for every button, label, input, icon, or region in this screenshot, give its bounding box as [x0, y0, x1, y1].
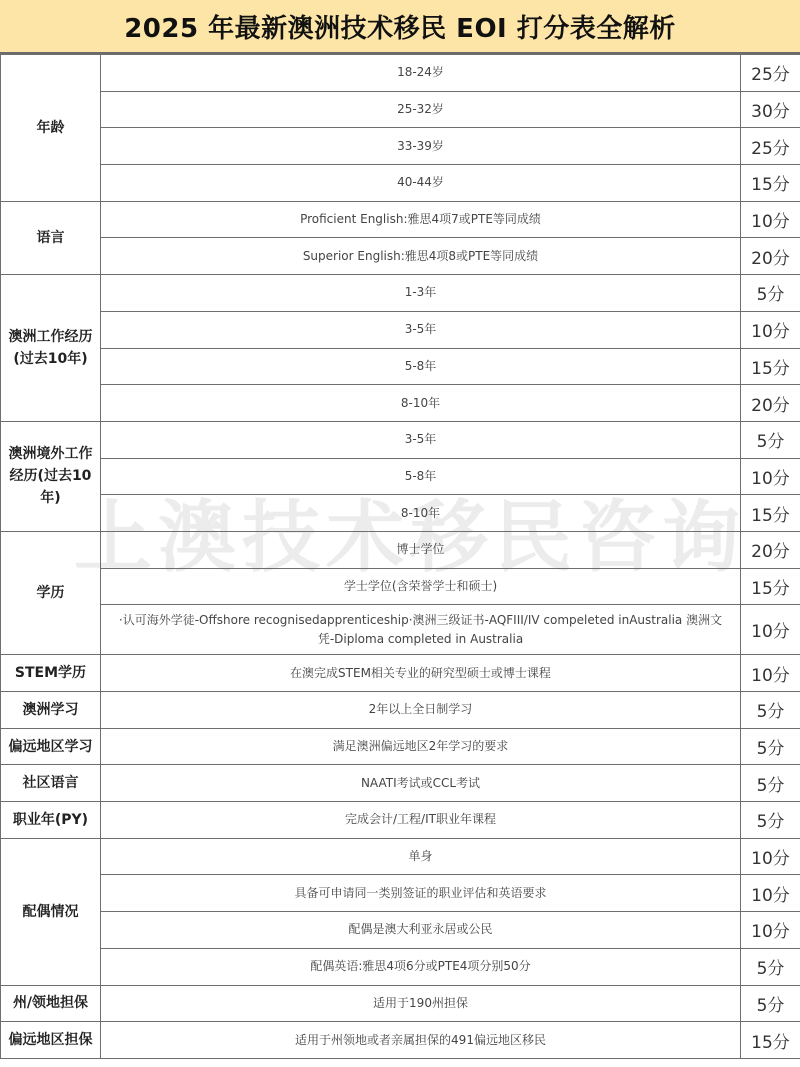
points: 10分 [741, 201, 800, 238]
table-row: 学士学位(含荣誉学士和硕士) 15分 [1, 568, 800, 605]
points: 10分 [741, 311, 800, 348]
points: 20分 [741, 238, 800, 275]
points: 10分 [741, 838, 800, 875]
table-row: 偏远地区担保 适用于州领地或者亲属担保的491偏远地区移民 15分 [1, 1022, 800, 1059]
category-education: 学历 [1, 531, 101, 654]
criterion: 单身 [101, 838, 741, 875]
points: 5分 [741, 948, 800, 985]
points: 5分 [741, 692, 800, 729]
category-professional-year: 职业年(PY) [1, 802, 101, 839]
criterion: 博士学位 [101, 531, 741, 568]
points: 15分 [741, 348, 800, 385]
table-row: 州/领地担保 适用于190州担保 5分 [1, 985, 800, 1022]
points: 10分 [741, 605, 800, 655]
category-stem: STEM学历 [1, 655, 101, 692]
title-bar: 2025 年最新澳洲技术移民 EOI 打分表全解析 [0, 0, 800, 54]
points: 10分 [741, 458, 800, 495]
table-row: 40-44岁 15分 [1, 165, 800, 202]
category-state-nomination: 州/领地担保 [1, 985, 101, 1022]
criterion: 1-3年 [101, 275, 741, 312]
category-community-language: 社区语言 [1, 765, 101, 802]
criterion: 配偶英语:雅思4项6分或PTE4项分别50分 [101, 948, 741, 985]
table-row: 具备可申请同一类别签证的职业评估和英语要求 10分 [1, 875, 800, 912]
category-au-work-experience: 澳洲工作经历(过去10年) [1, 275, 101, 422]
criterion: 满足澳洲偏远地区2年学习的要求 [101, 728, 741, 765]
table-row: 社区语言 NAATI考试或CCL考试 5分 [1, 765, 800, 802]
points: 10分 [741, 912, 800, 949]
points: 5分 [741, 985, 800, 1022]
table-row: 25-32岁 30分 [1, 91, 800, 128]
points: 15分 [741, 495, 800, 532]
criterion: 8-10年 [101, 495, 741, 532]
category-au-study: 澳洲学习 [1, 692, 101, 729]
category-regional-study: 偏远地区学习 [1, 728, 101, 765]
points: 5分 [741, 765, 800, 802]
points: 20分 [741, 531, 800, 568]
table-row: 职业年(PY) 完成会计/工程/IT职业年课程 5分 [1, 802, 800, 839]
table-row: 5-8年 10分 [1, 458, 800, 495]
table-row: 澳洲境外工作经历(过去10年) 3-5年 5分 [1, 421, 800, 458]
criterion: Proficient English:雅思4项7或PTE等同成绩 [101, 201, 741, 238]
category-language: 语言 [1, 201, 101, 274]
table-row: 学历 博士学位 20分 [1, 531, 800, 568]
criterion: NAATI考试或CCL考试 [101, 765, 741, 802]
table-row: 3-5年 10分 [1, 311, 800, 348]
points: 5分 [741, 421, 800, 458]
category-overseas-work-experience: 澳洲境外工作经历(过去10年) [1, 421, 101, 531]
points: 5分 [741, 802, 800, 839]
table-row: 澳洲学习 2年以上全日制学习 5分 [1, 692, 800, 729]
category-partner: 配偶情况 [1, 838, 101, 985]
criterion: 适用于州领地或者亲属担保的491偏远地区移民 [101, 1022, 741, 1059]
points: 25分 [741, 55, 800, 92]
points: 15分 [741, 1022, 800, 1059]
criterion: 完成会计/工程/IT职业年课程 [101, 802, 741, 839]
criterion: 40-44岁 [101, 165, 741, 202]
criterion: 2年以上全日制学习 [101, 692, 741, 729]
criterion: 具备可申请同一类别签证的职业评估和英语要求 [101, 875, 741, 912]
page-title: 2025 年最新澳洲技术移民 EOI 打分表全解析 [124, 8, 676, 45]
table-row: 33-39岁 25分 [1, 128, 800, 165]
table-row: 偏远地区学习 满足澳洲偏远地区2年学习的要求 5分 [1, 728, 800, 765]
table-row: ·认可海外学徒-Offshore recognisedapprenticeshi… [1, 605, 800, 655]
criterion: 8-10年 [101, 385, 741, 422]
points: 10分 [741, 655, 800, 692]
table-row: 8-10年 20分 [1, 385, 800, 422]
points: 20分 [741, 385, 800, 422]
points: 10分 [741, 875, 800, 912]
criterion: 在澳完成STEM相关专业的研究型硕士或博士课程 [101, 655, 741, 692]
points: 25分 [741, 128, 800, 165]
points: 5分 [741, 275, 800, 312]
table-row: 年龄 18-24岁 25分 [1, 55, 800, 92]
criterion: ·认可海外学徒-Offshore recognisedapprenticeshi… [101, 605, 741, 655]
table-row: 8-10年 15分 [1, 495, 800, 532]
points: 30分 [741, 91, 800, 128]
criterion: 3-5年 [101, 421, 741, 458]
points: 5分 [741, 728, 800, 765]
criterion: 3-5年 [101, 311, 741, 348]
table-row: 5-8年 15分 [1, 348, 800, 385]
eoi-points-table: 年龄 18-24岁 25分 25-32岁 30分 33-39岁 25分 40-4… [0, 54, 800, 1059]
criterion: 适用于190州担保 [101, 985, 741, 1022]
criterion: 学士学位(含荣誉学士和硕士) [101, 568, 741, 605]
table-row: 澳洲工作经历(过去10年) 1-3年 5分 [1, 275, 800, 312]
table-row: 配偶英语:雅思4项6分或PTE4项分别50分 5分 [1, 948, 800, 985]
category-age: 年龄 [1, 55, 101, 202]
points: 15分 [741, 165, 800, 202]
criterion: 25-32岁 [101, 91, 741, 128]
points: 15分 [741, 568, 800, 605]
criterion: Superior English:雅思4项8或PTE等同成绩 [101, 238, 741, 275]
table-row: STEM学历 在澳完成STEM相关专业的研究型硕士或博士课程 10分 [1, 655, 800, 692]
table-row: 配偶是澳大利亚永居或公民 10分 [1, 912, 800, 949]
criterion: 18-24岁 [101, 55, 741, 92]
category-regional-nomination: 偏远地区担保 [1, 1022, 101, 1059]
table-row: 配偶情况 单身 10分 [1, 838, 800, 875]
criterion: 33-39岁 [101, 128, 741, 165]
criterion: 5-8年 [101, 348, 741, 385]
criterion: 5-8年 [101, 458, 741, 495]
table-row: 语言 Proficient English:雅思4项7或PTE等同成绩 10分 [1, 201, 800, 238]
table-row: Superior English:雅思4项8或PTE等同成绩 20分 [1, 238, 800, 275]
criterion: 配偶是澳大利亚永居或公民 [101, 912, 741, 949]
